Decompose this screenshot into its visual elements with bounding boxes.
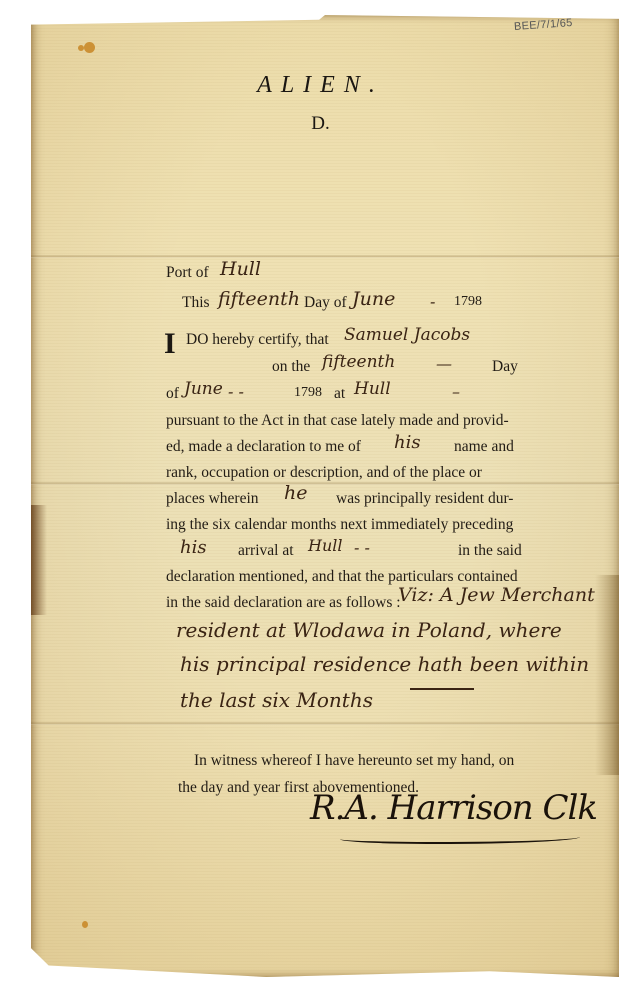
signature: R.A. Harrison Clk xyxy=(310,788,597,828)
body-line: in the said xyxy=(458,542,522,560)
pronoun-his-arrival-fill: his xyxy=(180,537,207,558)
ink-stain-dot xyxy=(82,921,88,928)
date-day-value: fifteenth xyxy=(218,288,300,310)
certified-person-name: Samuel Jacobs xyxy=(344,325,470,345)
declaration-day-dash: — xyxy=(436,354,452,373)
body-line: name and xyxy=(454,438,514,456)
particulars-line: the last six Months xyxy=(180,688,373,712)
of-label: of xyxy=(166,385,179,403)
port-label: Port of xyxy=(166,264,209,282)
date-mid-label: Day of xyxy=(304,294,347,312)
drop-cap: I xyxy=(164,327,176,361)
date-month-value: June xyxy=(352,288,395,310)
on-the-label: on the xyxy=(272,358,310,376)
pronoun-his-fill: his xyxy=(394,432,421,453)
fold-line xyxy=(31,255,619,258)
declaration-day-value: fifteenth xyxy=(322,352,395,372)
particulars-line: resident at Wlodawa in Poland, where xyxy=(176,618,562,642)
ink-stain-dot xyxy=(84,42,95,53)
body-line: in the said declaration are as follows : xyxy=(166,594,401,612)
declaration-year-value: 1798 xyxy=(294,385,322,401)
body-line: pursuant to the Act in that case lately … xyxy=(166,412,509,430)
fold-line xyxy=(31,722,619,725)
port-value: Hull xyxy=(220,258,261,280)
declaration-place-dash: – xyxy=(452,382,460,401)
body-line: was principally resident dur- xyxy=(336,490,513,508)
declaration-place-value: Hull xyxy=(354,379,391,399)
body-line: ed, made a declaration to me of xyxy=(166,438,361,456)
body-line: arrival at xyxy=(238,542,294,560)
body-line: ing the six calendar months next immedia… xyxy=(166,516,513,534)
body-line: rank, occupation or description, and of … xyxy=(166,464,482,482)
edge-stain xyxy=(595,575,619,775)
declaration-month-value: June xyxy=(184,379,223,399)
document-title: ALIEN. xyxy=(0,72,641,99)
day-label: Day xyxy=(492,358,518,376)
torn-edge-stain xyxy=(31,505,47,615)
certify-text: DO hereby certify, that xyxy=(186,331,329,349)
particulars-end-rule xyxy=(410,688,474,690)
arrival-place-fill: Hull xyxy=(308,536,343,555)
declaration-month-dots: - - xyxy=(228,382,244,401)
particulars-line: Viz: A Jew Merchant xyxy=(398,584,595,606)
at-label: at xyxy=(334,385,345,403)
document-subtitle: D. xyxy=(0,113,641,135)
date-year-value: 1798 xyxy=(454,294,482,310)
date-prefix: This xyxy=(182,294,210,312)
particulars-line: his principal residence hath been within xyxy=(180,652,589,676)
fold-line xyxy=(31,482,619,485)
date-dash: - xyxy=(430,292,435,311)
body-line: places wherein xyxy=(166,490,259,508)
pronoun-he-fill: he xyxy=(284,482,307,504)
witness-line: In witness whereof I have hereunto set m… xyxy=(194,752,514,770)
arrival-place-dots: - - xyxy=(354,538,370,557)
